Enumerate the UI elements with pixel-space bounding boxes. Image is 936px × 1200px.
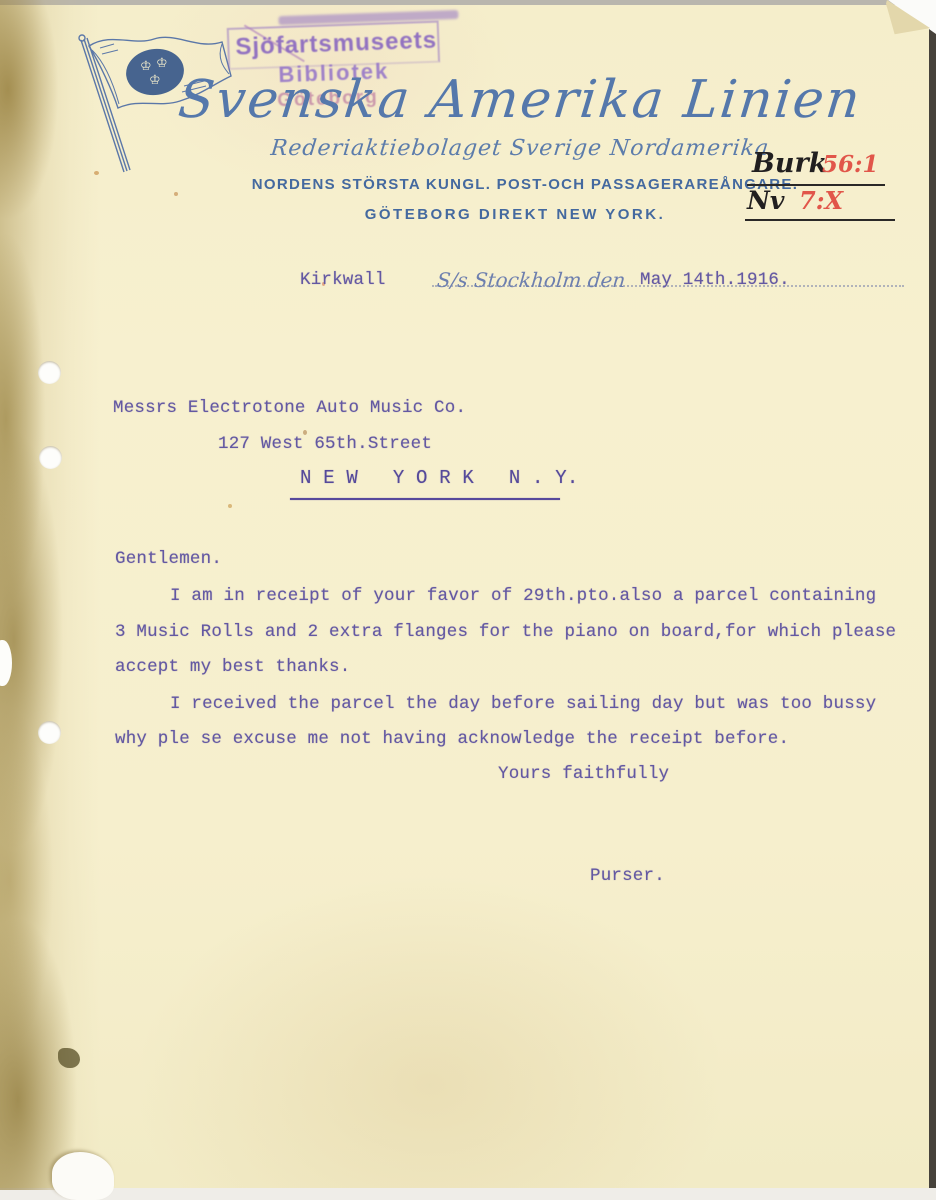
company-name: Svenska Amerika Linien xyxy=(147,70,893,130)
recipient-name: Messrs Electrotone Auto Music Co. xyxy=(113,398,466,418)
dateline-printed-text: S/s Stockholm den xyxy=(436,268,626,292)
body-paragraph1-line1: I am in receipt of your favor of 29th.pt… xyxy=(170,586,876,606)
body-paragraph1-line2: 3 Music Rolls and 2 extra flanges for th… xyxy=(115,622,896,642)
punch-hole xyxy=(39,446,62,469)
body-paragraph2-line1: I received the parcel the day before sai… xyxy=(170,694,876,714)
punch-hole xyxy=(38,361,61,384)
annotation-row2-label: Nv xyxy=(747,186,784,215)
body-paragraph1-line3: accept my best thanks. xyxy=(115,657,350,677)
valediction: Yours faithfully xyxy=(498,764,669,784)
dateline-place: Kirkwall xyxy=(300,270,386,290)
punch-hole xyxy=(38,721,61,744)
annotation-row2-value: 7:X xyxy=(799,186,843,215)
recipient-city-underline xyxy=(290,498,560,500)
recipient-city: N E W Y O R K N . Y. xyxy=(300,467,578,489)
salutation: Gentlemen. xyxy=(115,549,222,569)
svg-text:♔: ♔ xyxy=(140,59,152,74)
recipient-street: 127 West 65th.Street xyxy=(218,434,432,454)
scanner-background-right xyxy=(929,0,936,1192)
signature-title: Purser. xyxy=(590,866,665,886)
dateline-date: May 14th.1916. xyxy=(640,270,790,290)
scanned-letter: ♔ ♔ ♔ Sjöfartsmuseets Bibliotek Göteborg… xyxy=(0,0,936,1200)
annotation-underline-2 xyxy=(745,219,895,221)
body-paragraph2-line2: why ple se excuse me not having acknowle… xyxy=(115,729,789,749)
annotation-row1-label: Burk xyxy=(752,148,827,179)
svg-text:♔: ♔ xyxy=(156,56,168,71)
annotation-row1-value: 56:1 xyxy=(822,151,879,178)
scanner-background-bottom xyxy=(0,1188,936,1200)
